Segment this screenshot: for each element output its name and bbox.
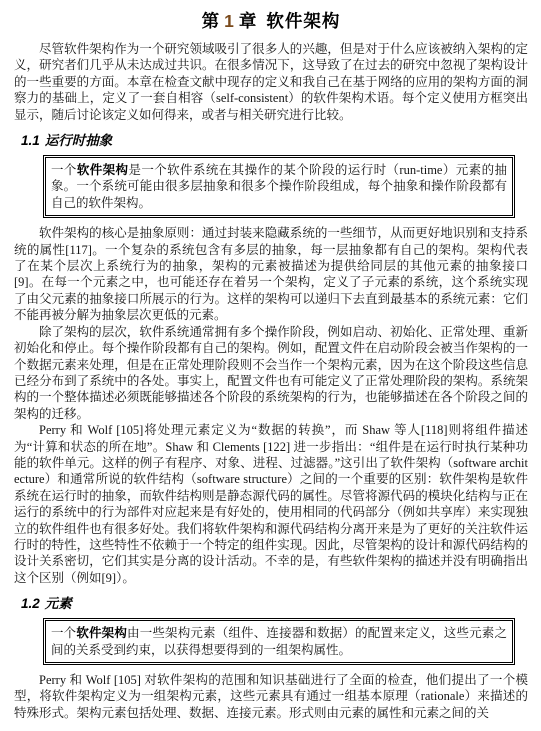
section-heading-1-1: 1.1运行时抽象	[14, 132, 528, 149]
definition-box-runtime-abstraction: 一个软件架构是一个软件系统在其操作的某个阶段的运行时（run-time）元素的抽…	[43, 155, 515, 218]
definition-lead: 一个	[51, 626, 76, 640]
chapter-title-subject: 软件架构	[266, 11, 340, 31]
chapter-title-prefix: 第	[202, 11, 221, 31]
body-paragraph: 软件架构的核心是抽象原则：通过封装来隐藏系统的一些细节，从而更好地识别和支持系统…	[14, 225, 528, 323]
chapter-title-suffix: 章	[239, 11, 258, 31]
section-number: 1.1	[21, 133, 40, 148]
definition-box-elements: 一个软件架构由一些架构元素（组件、连接器和数据）的配置来定义，这些元素之间的关系…	[43, 618, 515, 665]
body-paragraph: Perry 和 Wolf [105] 对软件架构的范围和知识基础进行了全面的检查…	[14, 672, 528, 721]
body-paragraph: 除了架构的层次，软件系统通常拥有多个操作阶段，例如启动、初始化、正常处理、重新初…	[14, 324, 528, 422]
section-number: 1.2	[21, 596, 40, 611]
section-heading-1-2: 1.2元素	[14, 595, 528, 612]
definition-lead: 一个	[51, 163, 77, 177]
body-paragraph: Perry 和 Wolf [105]将处理元素定义为“数据的转换”，而 Shaw…	[14, 422, 528, 586]
section-label: 运行时抽象	[45, 133, 113, 148]
chapter-title: 第1章软件架构	[14, 10, 528, 32]
intro-paragraph: 尽管软件架构作为一个研究领域吸引了很多人的兴趣，但是对于什么应该被纳入架构的定义…	[14, 41, 528, 123]
definition-term: 软件架构	[77, 163, 129, 177]
section-label: 元素	[45, 596, 72, 611]
chapter-number: 1	[224, 11, 235, 31]
definition-term: 软件架构	[76, 626, 127, 640]
document-page: 第1章软件架构 尽管软件架构作为一个研究领域吸引了很多人的兴趣，但是对于什么应该…	[0, 0, 541, 731]
